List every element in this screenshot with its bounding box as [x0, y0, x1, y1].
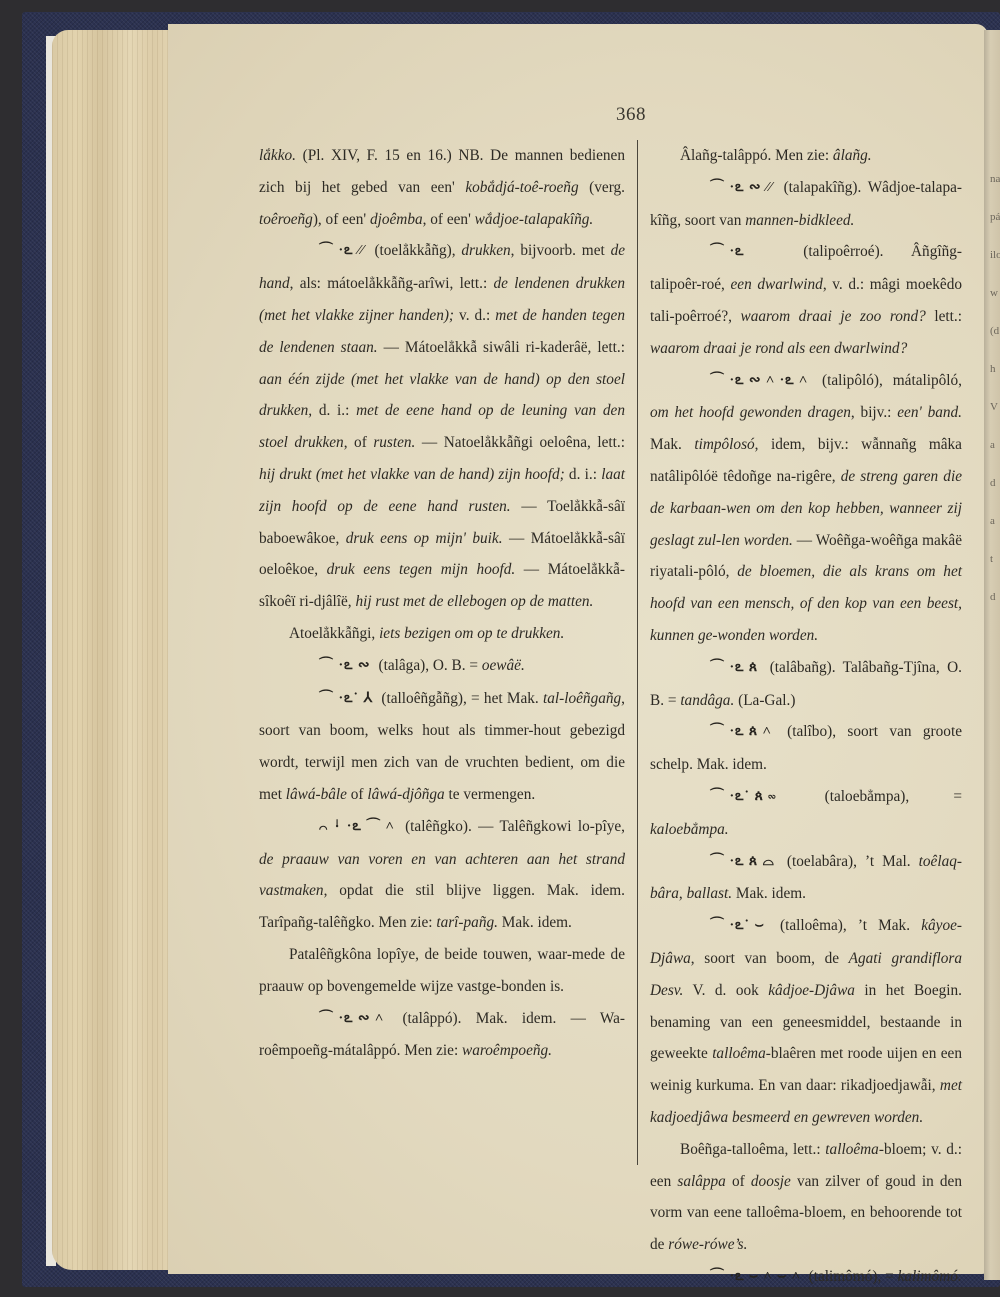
glimpse-fragment: (d — [990, 312, 1000, 350]
italic-gloss: een dwarlwind — [731, 276, 823, 293]
glimpse-fragment: d — [990, 464, 1000, 502]
dictionary-entry: ⌒ ·ఽ ጰ ˄ (talîbo), soort van groote sche… — [650, 716, 962, 781]
text-run: Mak. — [650, 436, 694, 453]
text-run: (toelẳkkẫñg), — [374, 242, 461, 259]
italic-gloss: waarom draai je zoo rond? — [741, 308, 926, 325]
text-run: Atoelẳkkẫñgi, — [289, 625, 379, 642]
italic-gloss: mannen-bidkleed. — [745, 212, 854, 229]
italic-gloss: iets bezigen om op te drukken. — [379, 625, 564, 642]
italic-gloss: oewâë. — [482, 657, 525, 674]
lontara-script-glyphs: ⌒ ·ఽ ∾ ⁄⁄ — [680, 172, 773, 204]
text-run: ), of een' — [313, 211, 370, 228]
text-run: (talloêma), ’t Mak. — [780, 917, 921, 934]
italic-gloss: doosje — [751, 1173, 791, 1190]
italic-gloss: kaloebẳmpa. — [650, 821, 729, 838]
dictionary-entry: ⌒ ᛍ ·ఽ ⌒ ˄ (talêñgko). — Talêñgkowi lo-p… — [259, 811, 625, 939]
lontara-script-glyphs: ⌒ ·ఽ ∾ ˄ ·ఽ ˄ — [680, 365, 808, 397]
glimpse-fragment: d — [990, 578, 1000, 616]
text-run: te vermengen. — [445, 786, 535, 803]
text-run: (verg. — [579, 179, 625, 196]
italic-gloss: tal-loêñgañg — [543, 690, 621, 707]
text-run: Mak. idem. — [498, 914, 572, 931]
dictionary-entry: ⌒ ·ఽ ∾ (talâga), O. B. = oewâë. — [259, 650, 625, 683]
italic-gloss: toêroeñg — [259, 211, 313, 228]
italic-gloss: âlañg. — [833, 147, 872, 164]
sub-entry: Âlañg-talâppó. Men zie: âlañg. — [650, 140, 962, 172]
text-run: Boêñga-talloêma, lett.: — [680, 1141, 825, 1158]
text-run: d. i.: — [312, 402, 356, 419]
text-run: — Mátoelẳkkẫ siwâli ri-kaderâë, lett.: — [378, 339, 625, 356]
italic-gloss: tarî-pañg. — [436, 914, 498, 931]
lontara-script-glyphs: ⌒ ·ఽ ጰ ˄ — [680, 716, 772, 748]
italic-gloss: lắkko. — [259, 147, 296, 164]
lontara-script-glyphs: ⌒ ᛍ ·ఽ ⌒ ˄ — [289, 811, 395, 843]
italic-gloss: kobắdjá-toê-roeñg — [465, 179, 578, 196]
italic-gloss: om het hoofd gewonden dragen — [650, 404, 851, 421]
dictionary-entry: ⌒ ·ఽ ጰ (talâbañg). Talâbañg-Tjîna, O. B.… — [650, 652, 962, 717]
glimpse-fragment: t — [990, 540, 1000, 578]
italic-gloss: drukken — [461, 242, 510, 259]
text-run: , — [679, 885, 687, 902]
italic-gloss: hij rust met de ellebogen op de matten. — [355, 593, 593, 610]
lontara-script-glyphs: ⌒ ·ఽ˙ ⌣ — [680, 910, 765, 942]
glimpse-fragment: a — [990, 502, 1000, 540]
glimpse-fragment: pá — [990, 198, 1000, 236]
italic-gloss: wắdjoe-talapakîñg. — [475, 211, 594, 228]
italic-gloss: waarom draai je rond als een dwarlwind? — [650, 340, 907, 357]
right-column: Âlañg-talâppó. Men zie: âlañg.⌒ ·ఽ ∾ ⁄⁄ … — [650, 140, 962, 1294]
lontara-script-glyphs: ⌒ ·ఽ ∾ ˄ — [289, 1003, 384, 1035]
lontara-script-glyphs: ⌒ ·ఽ˙ ጰ ∾ — [680, 781, 776, 813]
text-run: lett.: — [926, 308, 962, 325]
text-run: d. i.: — [565, 466, 602, 483]
glimpse-fragment: a — [990, 426, 1000, 464]
text-run: , of een' — [423, 211, 475, 228]
dictionary-entry: ⌒ ·ఽ˙ ⅄ (talloêñgẫñg), = het Mak. tal-lo… — [259, 683, 625, 811]
italic-gloss: kalimômó. — [898, 1268, 962, 1285]
dictionary-entry: ⌒ ·ఽ˙ ጰ ∾ (taloebẳmpa), = kaloebẳmpa. — [650, 781, 962, 846]
text-run: — Natoelẳkkẫñgi oeloêna, lett.: — [415, 434, 625, 451]
glimpse-fragment: V — [990, 388, 1000, 426]
dictionary-entry: ⌒ ·ఽ ∾ᷓ (talipoêrroé). Âñgîñg-talipoêr-r… — [650, 236, 962, 364]
page-number: 368 — [616, 104, 646, 126]
text-run: , soort van boom, de — [691, 950, 849, 967]
text-run: (toelabâra), ’t Mal. — [787, 853, 919, 870]
text-run: V. d. ook — [683, 982, 768, 999]
lontara-script-glyphs: ⌒ ·ఽ ∾ᷓ — [680, 236, 772, 268]
column-divider — [637, 140, 638, 1165]
dictionary-entry: ⌒ ·ఽ ∾ ˄ ·ఽ ˄ (talipôló), mátalipôló, om… — [650, 365, 962, 652]
italic-gloss: lâwá-djôñga — [367, 786, 444, 803]
italic-gloss: rusten. — [373, 434, 415, 451]
text-run: (taloebẳmpa), = — [825, 788, 962, 805]
glimpse-fragment: na — [990, 160, 1000, 198]
sub-entry: Atoelẳkkẫñgi, iets bezigen om op te druk… — [259, 618, 625, 650]
sub-entry: Patalêñgkôna lopîye, de beide touwen, wa… — [259, 939, 625, 1003]
text-run: Mak. idem. — [732, 885, 806, 902]
glimpse-fragment: ilo — [990, 236, 1000, 274]
italic-gloss: talloêma — [825, 1141, 879, 1158]
text-run: Âlañg-talâppó. Men zie: — [680, 147, 833, 164]
dictionary-entry: ⌒ ·ఽ ⁄⁄ (toelẳkkẫñg), drukken, bijvoorb.… — [259, 235, 625, 618]
italic-gloss: talloêma- — [712, 1045, 771, 1062]
lontara-script-glyphs: ⌒ ·ఽ ጰ — [680, 652, 758, 684]
text-run: , of — [344, 434, 374, 451]
dictionary-entry: ⌒ ·ఽ˙ ⌣ (talloêma), ’t Mak. kâyoe-Djâwa,… — [650, 910, 962, 1134]
text-run: (talâga), O. B. = — [379, 657, 482, 674]
italic-gloss: rówe-rówe’s. — [668, 1236, 747, 1253]
text-run: , bijv.: — [851, 404, 897, 421]
lontara-script-glyphs: ⌒ ·ఽ ⌣ ˄ ⌣ ˄ — [680, 1261, 801, 1293]
lontara-script-glyphs: ⌒ ·ఽ ∾ — [289, 650, 371, 682]
italic-gloss: djoêmba — [370, 211, 423, 228]
dictionary-entry: ⌒ ·ఽ ⌣ ˄ ⌣ ˄ (talimômó), = kalimômó. — [650, 1261, 962, 1294]
dictionary-entry: ⌒ ·ఽ ∾ ⁄⁄ (talapakîñg). Wâdjoe-talapa-kî… — [650, 172, 962, 237]
italic-gloss: kâdjoe-Djâwa — [768, 982, 855, 999]
text-run: , bijvoorb. met — [511, 242, 611, 259]
italic-gloss: een' band. — [897, 404, 962, 421]
next-page-text-glimpse: napáilow(dhVadatd — [990, 160, 1000, 860]
left-column: lắkko. (Pl. XIV, F. 15 en 16.) NB. De ma… — [259, 140, 625, 1067]
glimpse-fragment: w — [990, 274, 1000, 312]
lontara-script-glyphs: ⌒ ·ఽ ጰ ⌓ — [680, 846, 775, 878]
italic-gloss: timpôlosó — [694, 436, 754, 453]
italic-gloss: lâwá-bâle — [286, 786, 347, 803]
text-run: of — [726, 1173, 751, 1190]
italic-gloss: tandâga. — [680, 692, 734, 709]
glimpse-fragment: h — [990, 350, 1000, 388]
italic-gloss: waroêmpoeñg. — [462, 1042, 552, 1059]
lontara-script-glyphs: ⌒ ·ఽ ⁄⁄ — [289, 235, 365, 267]
page-stack-edge — [52, 30, 172, 1270]
continuation-text: lắkko. (Pl. XIV, F. 15 en 16.) NB. De ma… — [259, 140, 625, 235]
italic-gloss: ballast. — [687, 885, 732, 902]
text-run: (talimômó), = — [809, 1268, 898, 1285]
text-run: (La-Gal.) — [734, 692, 795, 709]
italic-gloss: druk eens op mijn' buik. — [346, 530, 503, 547]
lontara-script-glyphs: ⌒ ·ఽ˙ ⅄ — [289, 683, 373, 715]
dictionary-entry: ⌒ ·ఽ ጰ ⌓ (toelabâra), ’t Mal. toêlaq-bâr… — [650, 846, 962, 911]
text-run: Patalêñgkôna lopîye, de beide touwen, wa… — [259, 946, 625, 995]
sub-entry: Boêñga-talloêma, lett.: talloêma-bloem; … — [650, 1134, 962, 1261]
text-run: , als: mátoelẳkkẫñg-arîwi, lett.: — [290, 275, 494, 292]
italic-gloss: druk eens tegen mijn hoofd. — [327, 561, 516, 578]
italic-gloss: hij drukt (met het vlakke van de hand) z… — [259, 466, 565, 483]
text-run: of — [347, 786, 367, 803]
text-run: (talêñgko). — Talêñgkowi lo-pîye, — [405, 818, 625, 835]
text-run: (talloêñgẫñg), = het Mak. — [381, 690, 543, 707]
dictionary-entry: ⌒ ·ఽ ∾ ˄ (talâppó). Mak. idem. — Wa-roêm… — [259, 1003, 625, 1068]
text-run: v. d.: — [454, 307, 495, 324]
italic-gloss: salâppa — [677, 1173, 725, 1190]
text-run: (talipôló), mátalipôló, — [822, 372, 962, 389]
